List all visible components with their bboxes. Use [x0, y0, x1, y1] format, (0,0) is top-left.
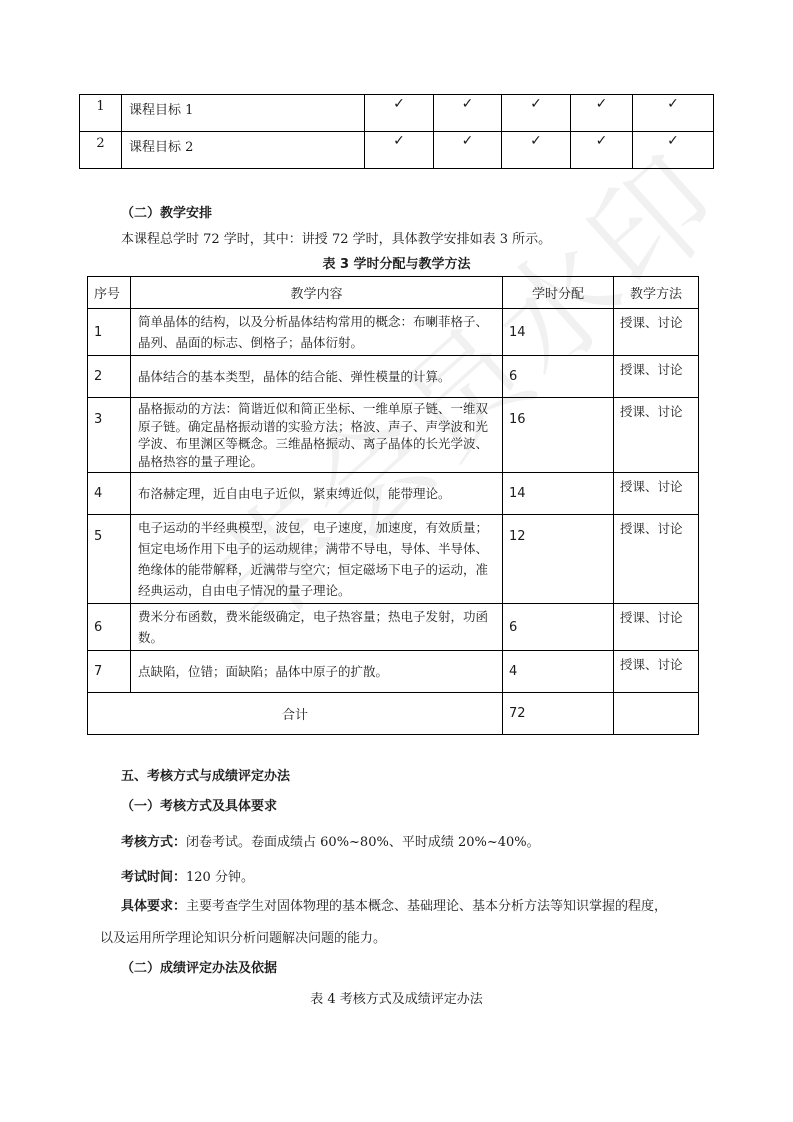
header-hours: 学时分配 — [503, 277, 614, 309]
check-icon: ✓ — [502, 132, 571, 169]
requirements-text-continued: 以及运用所学理论知识分析问题解决问题的能力。 — [100, 927, 386, 946]
row-hours: 6 — [503, 356, 614, 398]
row-hours: 6 — [503, 604, 614, 651]
requirements-line: 具体要求：主要考查学生对固体物理的基本概念、基础理论、基本分析方法等知识掌握的程… — [121, 895, 667, 914]
row-index: 7 — [88, 651, 131, 693]
schedule-table: 序号 教学内容 学时分配 教学方法 1 简单晶体的结构，以及分析晶体结构常用的概… — [87, 276, 699, 735]
check-icon: ✓ — [502, 95, 571, 132]
row-content: 布洛赫定理，近自由电子近似，紧束缚近似，能带理论。 — [131, 473, 503, 515]
table4-caption: 表 4 考核方式及成绩评定办法 — [0, 988, 793, 1007]
subheading-assessment-method: （一）考核方式及具体要求 — [121, 795, 277, 814]
row-number: 1 — [80, 95, 122, 132]
row-content: 点缺陷，位错；面缺陷；晶体中原子的扩散。 — [131, 651, 503, 693]
row-method: 授课、讨论 — [614, 398, 699, 473]
check-icon: ✓ — [434, 132, 502, 169]
header-method: 教学方法 — [614, 277, 699, 309]
assessment-method-label: 考核方式： — [121, 835, 186, 850]
exam-time-line: 考试时间：120 分钟。 — [121, 866, 254, 885]
objective-name: 课程目标 2 — [122, 132, 365, 169]
total-hours: 72 — [503, 693, 614, 735]
row-hours: 16 — [503, 398, 614, 473]
check-icon: ✓ — [571, 132, 633, 169]
total-label: 合计 — [88, 693, 503, 735]
row-hours: 14 — [503, 309, 614, 356]
table-row: 5 电子运动的半经典模型，波包，电子速度，加速度，有效质量；恒定电场作用下电子的… — [88, 515, 699, 604]
row-index: 3 — [88, 398, 131, 473]
row-hours: 14 — [503, 473, 614, 515]
exam-time-text: 120 分钟。 — [186, 870, 254, 885]
table-header-row: 序号 教学内容 学时分配 教学方法 — [88, 277, 699, 309]
objective-name: 课程目标 1 — [122, 95, 365, 132]
table-row: 3 晶格振动的方法：简谐近似和简正坐标、一维单原子链、一维双原子链。确定晶格振动… — [88, 398, 699, 473]
table-row: 2 晶体结合的基本类型，晶体的结合能、弹性模量的计算。 6 授课、讨论 — [88, 356, 699, 398]
table3-caption: 表 3 学时分配与教学方法 — [0, 253, 793, 272]
row-index: 2 — [88, 356, 131, 398]
row-method: 授课、讨论 — [614, 651, 699, 693]
row-method: 授课、讨论 — [614, 356, 699, 398]
table-row: 2 课程目标 2 ✓ ✓ ✓ ✓ ✓ — [80, 132, 714, 169]
table-row: 1 课程目标 1 ✓ ✓ ✓ ✓ ✓ — [80, 95, 714, 132]
subheading-grading: （二）成绩评定办法及依据 — [121, 957, 277, 976]
row-content: 晶格振动的方法：简谐近似和简正坐标、一维单原子链、一维双原子链。确定晶格振动谱的… — [131, 398, 503, 473]
row-content: 简单晶体的结构，以及分析晶体结构常用的概念：布喇菲格子、晶列、晶面的标志、倒格子… — [131, 309, 503, 356]
row-number: 2 — [80, 132, 122, 169]
section-heading-teaching: （二）教学安排 — [121, 202, 212, 221]
row-index: 4 — [88, 473, 131, 515]
row-hours: 12 — [503, 515, 614, 604]
assessment-method-text: 闭卷考试。卷面成绩占 60%~80%、平时成绩 20%~40%。 — [186, 835, 540, 850]
check-icon: ✓ — [571, 95, 633, 132]
check-icon: ✓ — [633, 95, 714, 132]
check-icon: ✓ — [365, 95, 434, 132]
row-index: 5 — [88, 515, 131, 604]
check-icon: ✓ — [434, 95, 502, 132]
section-heading-assessment: 五、考核方式与成绩评定办法 — [121, 765, 290, 784]
exam-time-label: 考试时间： — [121, 870, 186, 885]
requirements-text: 主要考查学生对固体物理的基本概念、基础理论、基本分析方法等知识掌握的程度， — [186, 899, 667, 914]
header-index: 序号 — [88, 277, 131, 309]
table-row: 7 点缺陷，位错；面缺陷；晶体中原子的扩散。 4 授课、讨论 — [88, 651, 699, 693]
check-icon: ✓ — [633, 132, 714, 169]
row-content: 费米分布函数，费米能级确定，电子热容量；热电子发射，功函数。 — [131, 604, 503, 651]
row-index: 6 — [88, 604, 131, 651]
table-total-row: 合计 72 — [88, 693, 699, 735]
row-method: 授课、讨论 — [614, 473, 699, 515]
row-content: 晶体结合的基本类型，晶体的结合能、弹性模量的计算。 — [131, 356, 503, 398]
check-icon: ✓ — [365, 132, 434, 169]
row-content: 电子运动的半经典模型，波包，电子速度，加速度，有效质量；恒定电场作用下电子的运动… — [131, 515, 503, 604]
table-row: 4 布洛赫定理，近自由电子近似，紧束缚近似，能带理论。 14 授课、讨论 — [88, 473, 699, 515]
header-content: 教学内容 — [131, 277, 503, 309]
row-method: 授课、讨论 — [614, 309, 699, 356]
total-method — [614, 693, 699, 735]
table-row: 1 简单晶体的结构，以及分析晶体结构常用的概念：布喇菲格子、晶列、晶面的标志、倒… — [88, 309, 699, 356]
row-method: 授课、讨论 — [614, 515, 699, 604]
row-hours: 4 — [503, 651, 614, 693]
requirements-label: 具体要求： — [121, 899, 186, 914]
table-row: 6 费米分布函数，费米能级确定，电子热容量；热电子发射，功函数。 6 授课、讨论 — [88, 604, 699, 651]
objectives-table: 1 课程目标 1 ✓ ✓ ✓ ✓ ✓ 2 课程目标 2 ✓ ✓ ✓ ✓ ✓ — [79, 94, 714, 169]
row-method: 授课、讨论 — [614, 604, 699, 651]
teaching-intro: 本课程总学时 72 学时，其中：讲授 72 学时，具体教学安排如表 3 所示。 — [121, 228, 551, 247]
assessment-method-line: 考核方式：闭卷考试。卷面成绩占 60%~80%、平时成绩 20%~40%。 — [121, 831, 540, 850]
row-index: 1 — [88, 309, 131, 356]
